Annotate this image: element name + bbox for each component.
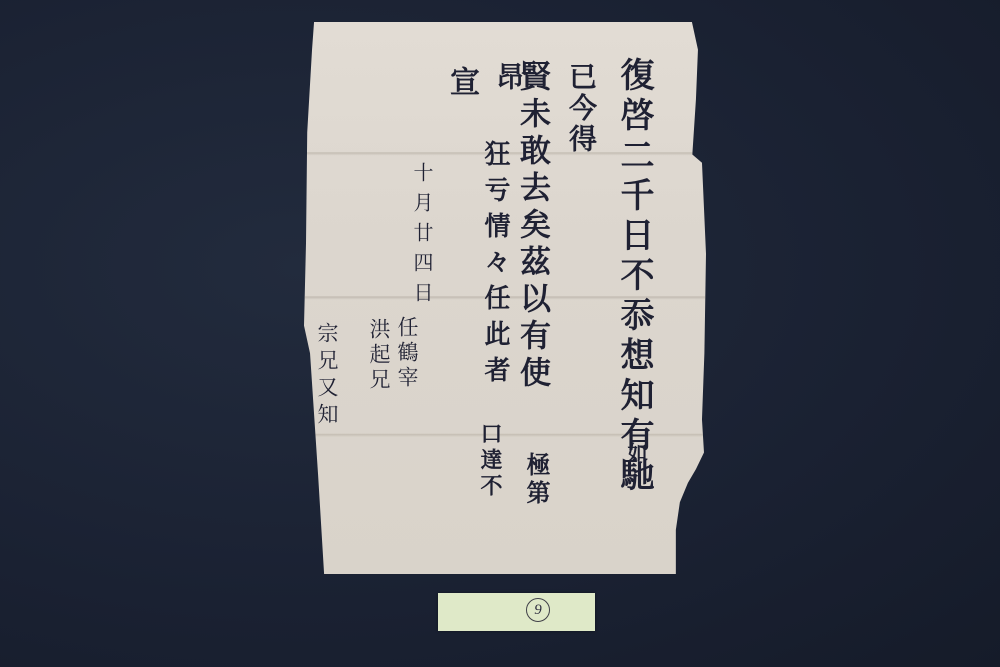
letter-column-4: 狂亏情々任此者 <box>482 140 508 392</box>
signature-2: 洪起兄 <box>368 318 389 393</box>
letter-date: 十月廿四日 <box>412 162 432 312</box>
letter-column-5: 昂 <box>494 62 522 96</box>
catalog-number: 9 <box>526 598 550 622</box>
letter-column-2: 已今得 <box>567 62 595 155</box>
signature-3: 宗兄又知 <box>316 322 337 430</box>
letter-column-3: 賢未敢去矣茲以有使 <box>516 60 547 393</box>
letter-column-6: 宣 <box>446 66 476 102</box>
catalog-label: 9 <box>438 593 595 631</box>
letter-column-3-tail: 極第 <box>524 452 548 508</box>
letter-column-1: 復啓二千日不忝想知有馳 <box>617 57 651 497</box>
signature-1: 任鶴宰 <box>396 316 417 391</box>
letter-column-4-tail: 口達不 <box>479 422 501 500</box>
letter-column-1-tail: 如 <box>626 442 646 468</box>
letter-paper: 復啓二千日不忝想知有馳 如 已今得 賢未敢去矣茲以有使 極第 狂亏情々任此者 口… <box>304 22 706 574</box>
photo-backdrop: 復啓二千日不忝想知有馳 如 已今得 賢未敢去矣茲以有使 極第 狂亏情々任此者 口… <box>0 0 1000 667</box>
